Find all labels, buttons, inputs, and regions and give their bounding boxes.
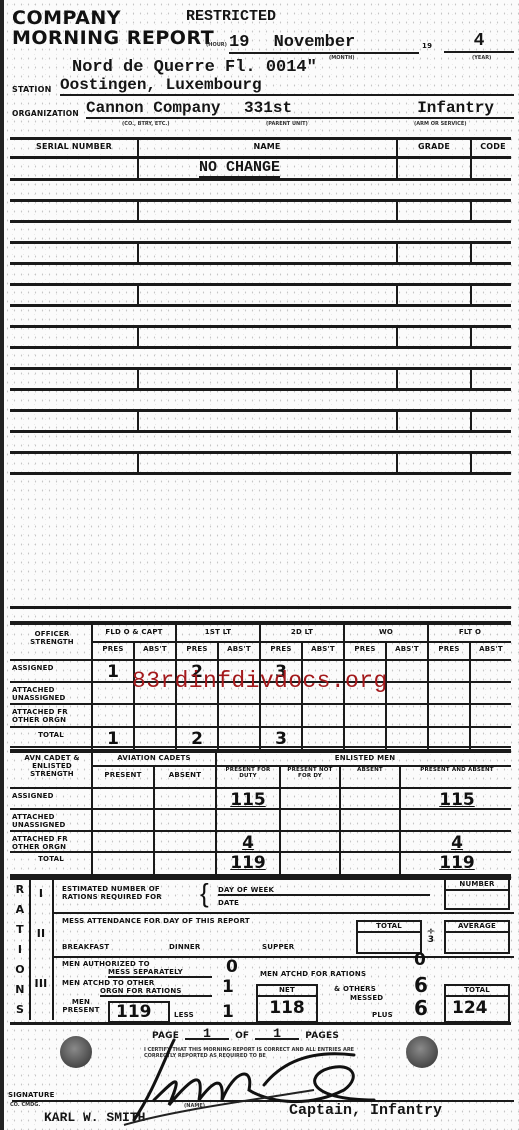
breakfast-label: BREAKFAST <box>62 943 109 951</box>
less-value: 1 <box>222 1002 234 1022</box>
officer-cell: 1 <box>92 662 134 682</box>
enlisted-cell: 115 <box>216 790 280 810</box>
rule <box>10 241 511 244</box>
atchd-other-value: 1 <box>222 977 234 997</box>
org-sublabel-2: (PARENT UNIT) <box>266 121 308 127</box>
org-unit: 331st <box>244 99 292 117</box>
rations-letter: R <box>12 880 28 900</box>
divider <box>301 643 303 749</box>
rule <box>10 367 511 370</box>
station-value: Oostingen, Luxembourg <box>60 76 514 96</box>
officer-row-label: ATTACHED UNASSIGNED <box>12 686 90 702</box>
org-arm: Infantry <box>417 99 494 117</box>
watermark: 83rdinfdivdocs.org <box>132 668 388 694</box>
rule <box>10 430 511 433</box>
divider <box>29 880 31 1020</box>
date-field-label: DATE <box>218 899 239 907</box>
officer-group-header: FLT O <box>428 628 512 636</box>
men-present-box: 119 <box>108 1001 170 1023</box>
atchd-for-rations-value: 0 <box>414 950 426 970</box>
organization-label: ORGANIZATION <box>12 110 79 118</box>
divider <box>137 367 139 389</box>
no-change-entry: NO CHANGE <box>199 160 280 178</box>
org-sublabel-3: (ARM OR SERVICE) <box>414 121 467 127</box>
morning-report-page: COMPANY MORNING REPORT RESTRICTED (HOUR)… <box>0 0 519 1130</box>
officer-subcol-header: PRES <box>92 645 134 653</box>
officer-subcol-header: ABS'T <box>386 645 428 653</box>
net-label: NET <box>258 986 316 997</box>
divider <box>470 241 472 263</box>
location-line: Nord de Querre Fl. 0014" <box>72 58 317 77</box>
divider <box>217 643 219 749</box>
month-value: November <box>274 33 356 52</box>
rule <box>10 1022 511 1025</box>
divider <box>427 625 429 749</box>
officer-strength-title: OFFICER STRENGTH <box>12 630 92 646</box>
date-field: 19 November <box>229 34 419 54</box>
rule <box>10 325 511 328</box>
rule <box>10 606 511 609</box>
enlisted-cell: 4 <box>400 833 514 853</box>
enlisted-cell: 119 <box>400 853 514 873</box>
average-box: AVERAGE <box>444 920 510 954</box>
rule <box>10 830 511 832</box>
sub-note: CO. CMDG. <box>10 1102 40 1108</box>
net-value: 118 <box>258 997 316 1019</box>
divider <box>470 409 472 431</box>
rule <box>10 304 511 307</box>
officer-group-header: 1ST LT <box>176 628 260 636</box>
divider <box>153 767 155 876</box>
divider <box>396 138 398 180</box>
divide-by-three: ÷ 3 <box>424 928 438 944</box>
officer-group-header: 2D LT <box>260 628 344 636</box>
binder-hole <box>406 1036 438 1068</box>
year-value: 4 <box>444 31 514 53</box>
title-line-2: MORNING REPORT <box>12 28 214 48</box>
rule <box>10 876 511 880</box>
divider <box>396 409 398 431</box>
divider <box>137 138 139 180</box>
enlisted-men-header: ENLISTED MEN <box>216 754 514 762</box>
enlisted-cell: 119 <box>216 853 280 873</box>
ration-total-label: TOTAL <box>446 986 508 997</box>
section-I-numeral: I <box>30 890 52 898</box>
divider <box>52 880 54 1020</box>
org-sublabel-1: (CO., BTRY, ETC.) <box>122 121 170 127</box>
signature-label: SIGNATURE <box>8 1091 55 1099</box>
enlisted-strength-title: AVN CADET & ENLISTED STRENGTH <box>12 754 92 778</box>
officer-subcol-header: ABS'T <box>218 645 260 653</box>
enlisted-cell: 115 <box>400 790 514 810</box>
dinner-label: DINNER <box>169 943 201 951</box>
divider <box>470 451 472 473</box>
ration-total-value: 124 <box>446 997 508 1019</box>
rule <box>10 199 511 202</box>
officer-subcol-header: ABS'T <box>134 645 176 653</box>
divider <box>470 325 472 347</box>
rule <box>10 137 511 140</box>
divider <box>385 643 387 749</box>
officer-subcol-header: PRES <box>428 645 470 653</box>
divider <box>137 199 139 221</box>
org-company: Cannon Company <box>86 99 220 117</box>
rations-letter: I <box>12 940 28 960</box>
mess-total-box: TOTAL <box>356 920 422 954</box>
plus-label: PLUS <box>372 1011 393 1019</box>
title-line-1: COMPANY <box>12 8 214 28</box>
year-label: (YEAR) <box>472 55 491 61</box>
rations-letter: O <box>12 960 28 980</box>
rule <box>52 956 514 958</box>
divider <box>137 409 139 431</box>
divider <box>396 367 398 389</box>
station-label: STATION <box>12 86 52 94</box>
average-label: AVERAGE <box>446 922 508 933</box>
net-box: NET 118 <box>256 984 318 1023</box>
restricted-stamp: RESTRICTED <box>186 8 276 25</box>
officer-group-header: WO <box>344 628 428 636</box>
divider <box>133 643 135 749</box>
mess-sep-field: MESS SEPARATELY <box>108 968 212 978</box>
others-value: 6 <box>414 973 428 997</box>
divider <box>396 241 398 263</box>
less-label: LESS <box>174 1011 194 1019</box>
officer-group-header: FLD O & CAPT <box>92 628 176 636</box>
enlisted-row-label: TOTAL <box>12 855 90 863</box>
officer-subcol-header: ABS'T <box>302 645 344 653</box>
supper-label: SUPPER <box>262 943 294 951</box>
number-box: NUMBER <box>444 878 510 910</box>
others-label-1: & OTHERS <box>334 985 376 993</box>
rule <box>10 808 511 810</box>
report-title: COMPANY MORNING REPORT <box>12 8 214 48</box>
rations-letter: A <box>12 900 28 920</box>
officer-row-label: TOTAL <box>12 731 90 739</box>
divider <box>91 625 93 749</box>
rule <box>10 262 511 265</box>
atchd-for-rations-label: MEN ATCHD FOR RATIONS <box>260 970 366 978</box>
rations-letter: T <box>12 920 28 940</box>
binder-hole <box>60 1036 92 1068</box>
divider <box>91 753 93 876</box>
enlisted-cell: 4 <box>216 833 280 853</box>
month-label: (MONTH) <box>329 55 355 61</box>
divider <box>396 199 398 221</box>
rule <box>10 851 511 853</box>
day-value: 19 <box>229 33 249 52</box>
est-label-1: ESTIMATED NUMBER OF <box>62 885 162 893</box>
officer-row-label: ATTACHED FR OTHER ORGN <box>12 708 90 724</box>
col-serial-number: SERIAL NUMBER <box>12 143 136 151</box>
rule <box>10 749 511 753</box>
enlisted-subcol-header: ABSENT <box>340 767 400 773</box>
section-III-numeral: III <box>30 980 52 988</box>
divider <box>137 325 139 347</box>
officer-subcol-header: PRES <box>176 645 218 653</box>
number-box-label: NUMBER <box>446 880 508 891</box>
atchd-other-label-1: MEN ATCHD TO OTHER <box>62 979 154 987</box>
divider <box>137 283 139 305</box>
year-prefix: 19 <box>422 42 432 50</box>
divider <box>399 767 401 876</box>
rations-side-label: RATIONS <box>12 880 28 1020</box>
rule <box>10 346 511 349</box>
divider <box>469 643 471 749</box>
rule <box>52 912 514 914</box>
enlisted-row-label: ATTACHED UNASSIGNED <box>12 813 90 829</box>
divider <box>470 138 472 180</box>
rations-letter: N <box>12 980 28 1000</box>
brace-icon: { <box>200 880 209 906</box>
divider <box>396 283 398 305</box>
est-label-2: RATIONS REQUIRED FOR <box>62 893 162 901</box>
rule <box>10 409 511 412</box>
rule <box>10 787 511 789</box>
divider <box>470 367 472 389</box>
rule <box>10 388 511 391</box>
rations-letter: S <box>12 1000 28 1020</box>
col-name: NAME <box>138 143 396 151</box>
section-II-numeral: II <box>30 930 52 938</box>
officer-subcol-header: PRES <box>344 645 386 653</box>
rule <box>10 220 511 223</box>
plus-value: 6 <box>414 996 428 1020</box>
divider <box>137 241 139 263</box>
enlisted-subcol-header: PRESENT NOT FOR DY <box>280 767 340 779</box>
enlisted-subcol-header: ABSENT <box>154 771 216 779</box>
mess-sep-label-2: MESS SEPARATELY <box>108 968 183 976</box>
divider <box>279 767 281 876</box>
atchd-other-field: ORGN FOR RATIONS <box>100 987 212 997</box>
divider <box>339 767 341 876</box>
rule <box>10 178 511 181</box>
divider <box>470 283 472 305</box>
organization-field: Cannon Company 331st Infantry <box>86 99 514 119</box>
officer-subcol-header: PRES <box>260 645 302 653</box>
divider <box>396 325 398 347</box>
divider <box>215 753 217 876</box>
divider <box>137 451 139 473</box>
men-present-label: MEN PRESENT <box>56 998 106 1014</box>
signature-icon <box>114 1030 394 1130</box>
officer-subcol-header: ABS'T <box>470 645 512 653</box>
atchd-other-label-2: ORGN FOR RATIONS <box>100 987 182 995</box>
enlisted-subcol-header: PRESENT FOR DUTY <box>216 767 280 779</box>
divider <box>470 199 472 221</box>
rule <box>10 283 511 286</box>
mess-sep-label-1: MEN AUTHORIZED TO <box>62 960 150 968</box>
col-grade: GRADE <box>398 143 470 151</box>
aviation-cadets-header: AVIATION CADETS <box>92 754 216 762</box>
enlisted-row-label: ATTACHED FR OTHER ORGN <box>12 835 90 851</box>
divider <box>396 451 398 473</box>
others-label-2: MESSED <box>350 994 383 1002</box>
mess-total-label: TOTAL <box>358 922 420 933</box>
rule <box>10 472 511 475</box>
est-rations-label: ESTIMATED NUMBER OF RATIONS REQUIRED FOR <box>62 885 162 901</box>
day-of-week-field: DAY OF WEEK <box>218 886 430 896</box>
officer-row-label: ASSIGNED <box>12 664 90 672</box>
hour-label: (HOUR) <box>206 42 227 48</box>
ration-total-box: TOTAL 124 <box>444 984 510 1023</box>
mess-sep-value: 0 <box>226 957 238 977</box>
col-code: CODE <box>472 143 514 151</box>
mess-attendance-label: MESS ATTENDANCE FOR DAY OF THIS REPORT <box>62 917 250 925</box>
enlisted-row-label: ASSIGNED <box>12 792 90 800</box>
enlisted-subcol-header: PRESENT <box>92 771 154 779</box>
rule <box>10 451 511 454</box>
enlisted-subcol-header: PRESENT AND ABSENT <box>400 767 514 773</box>
